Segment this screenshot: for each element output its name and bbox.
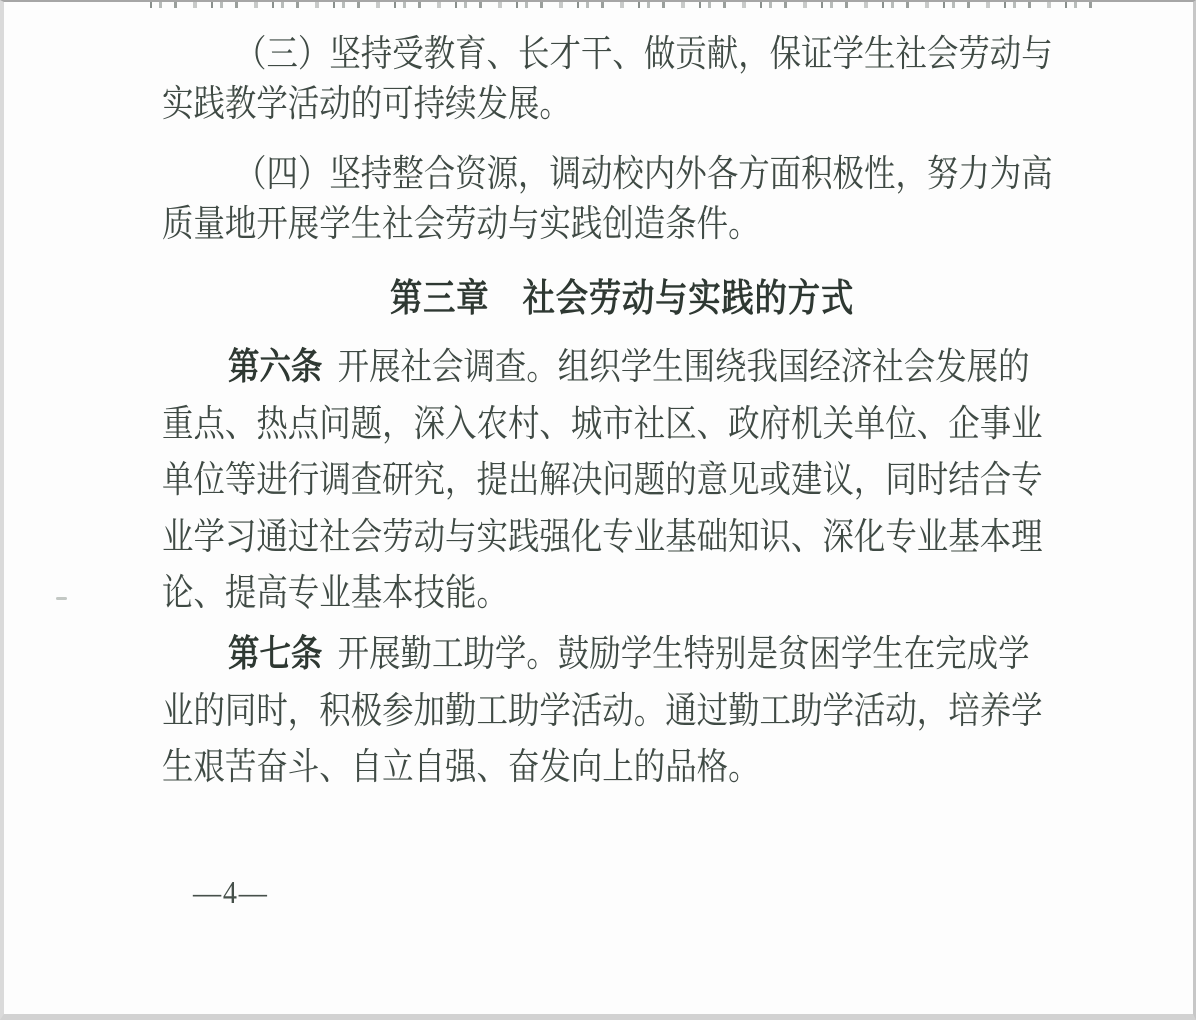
article-7-text: 开展勤工助学。鼓励学生特别是贫困学生在完成学	[338, 634, 1030, 675]
article-6-line-2: 重点、热点问题，深入农村、城市社区、政府机关单位、企事业	[162, 402, 1043, 448]
page-number: —4—	[193, 872, 269, 912]
scanned-document-page: （三）坚持受教育、长才干、做贡献，保证学生社会劳动与 实践教学活动的可持续发展。…	[0, 0, 1196, 1020]
paragraph-clause-3-line-2: 实践教学活动的可持续发展。	[162, 82, 571, 128]
scan-speckle	[56, 597, 67, 600]
article-6-number: 第六条	[228, 347, 322, 388]
article-7-number: 第七条	[228, 634, 322, 675]
article-7-line-2: 业的同时，积极参加勤工助学活动。通过勤工助学活动，培养学	[162, 689, 1043, 735]
chapter-heading: 第三章 社会劳动与实践的方式	[390, 276, 854, 322]
paragraph-clause-3-line-1: （三）坚持受教育、长才干、做贡献，保证学生社会劳动与	[235, 32, 1053, 78]
paragraph-clause-4-line-1: （四）坚持整合资源，调动校内外各方面积极性，努力为高	[235, 152, 1053, 198]
clipped-text-fragments	[150, 2, 1095, 8]
article-6-line-5: 论、提高专业基本技能。	[162, 571, 508, 617]
paragraph-clause-4-line-2: 质量地开展学生社会劳动与实践创造条件。	[162, 202, 760, 248]
article-7-line-1: 第七条开展勤工助学。鼓励学生特别是贫困学生在完成学	[228, 632, 1030, 678]
article-6-line-4: 业学习通过社会劳动与实践强化专业基础知识、深化专业基本理	[162, 515, 1043, 561]
article-7-line-3: 生艰苦奋斗、自立自强、奋发向上的品格。	[162, 745, 760, 791]
article-6-text: 开展社会调查。组织学生围绕我国经济社会发展的	[338, 347, 1030, 388]
article-6-line-3: 单位等进行调查研究，提出解决问题的意见或建议，同时结合专	[162, 458, 1043, 504]
article-6-line-1: 第六条开展社会调查。组织学生围绕我国经济社会发展的	[228, 345, 1030, 391]
